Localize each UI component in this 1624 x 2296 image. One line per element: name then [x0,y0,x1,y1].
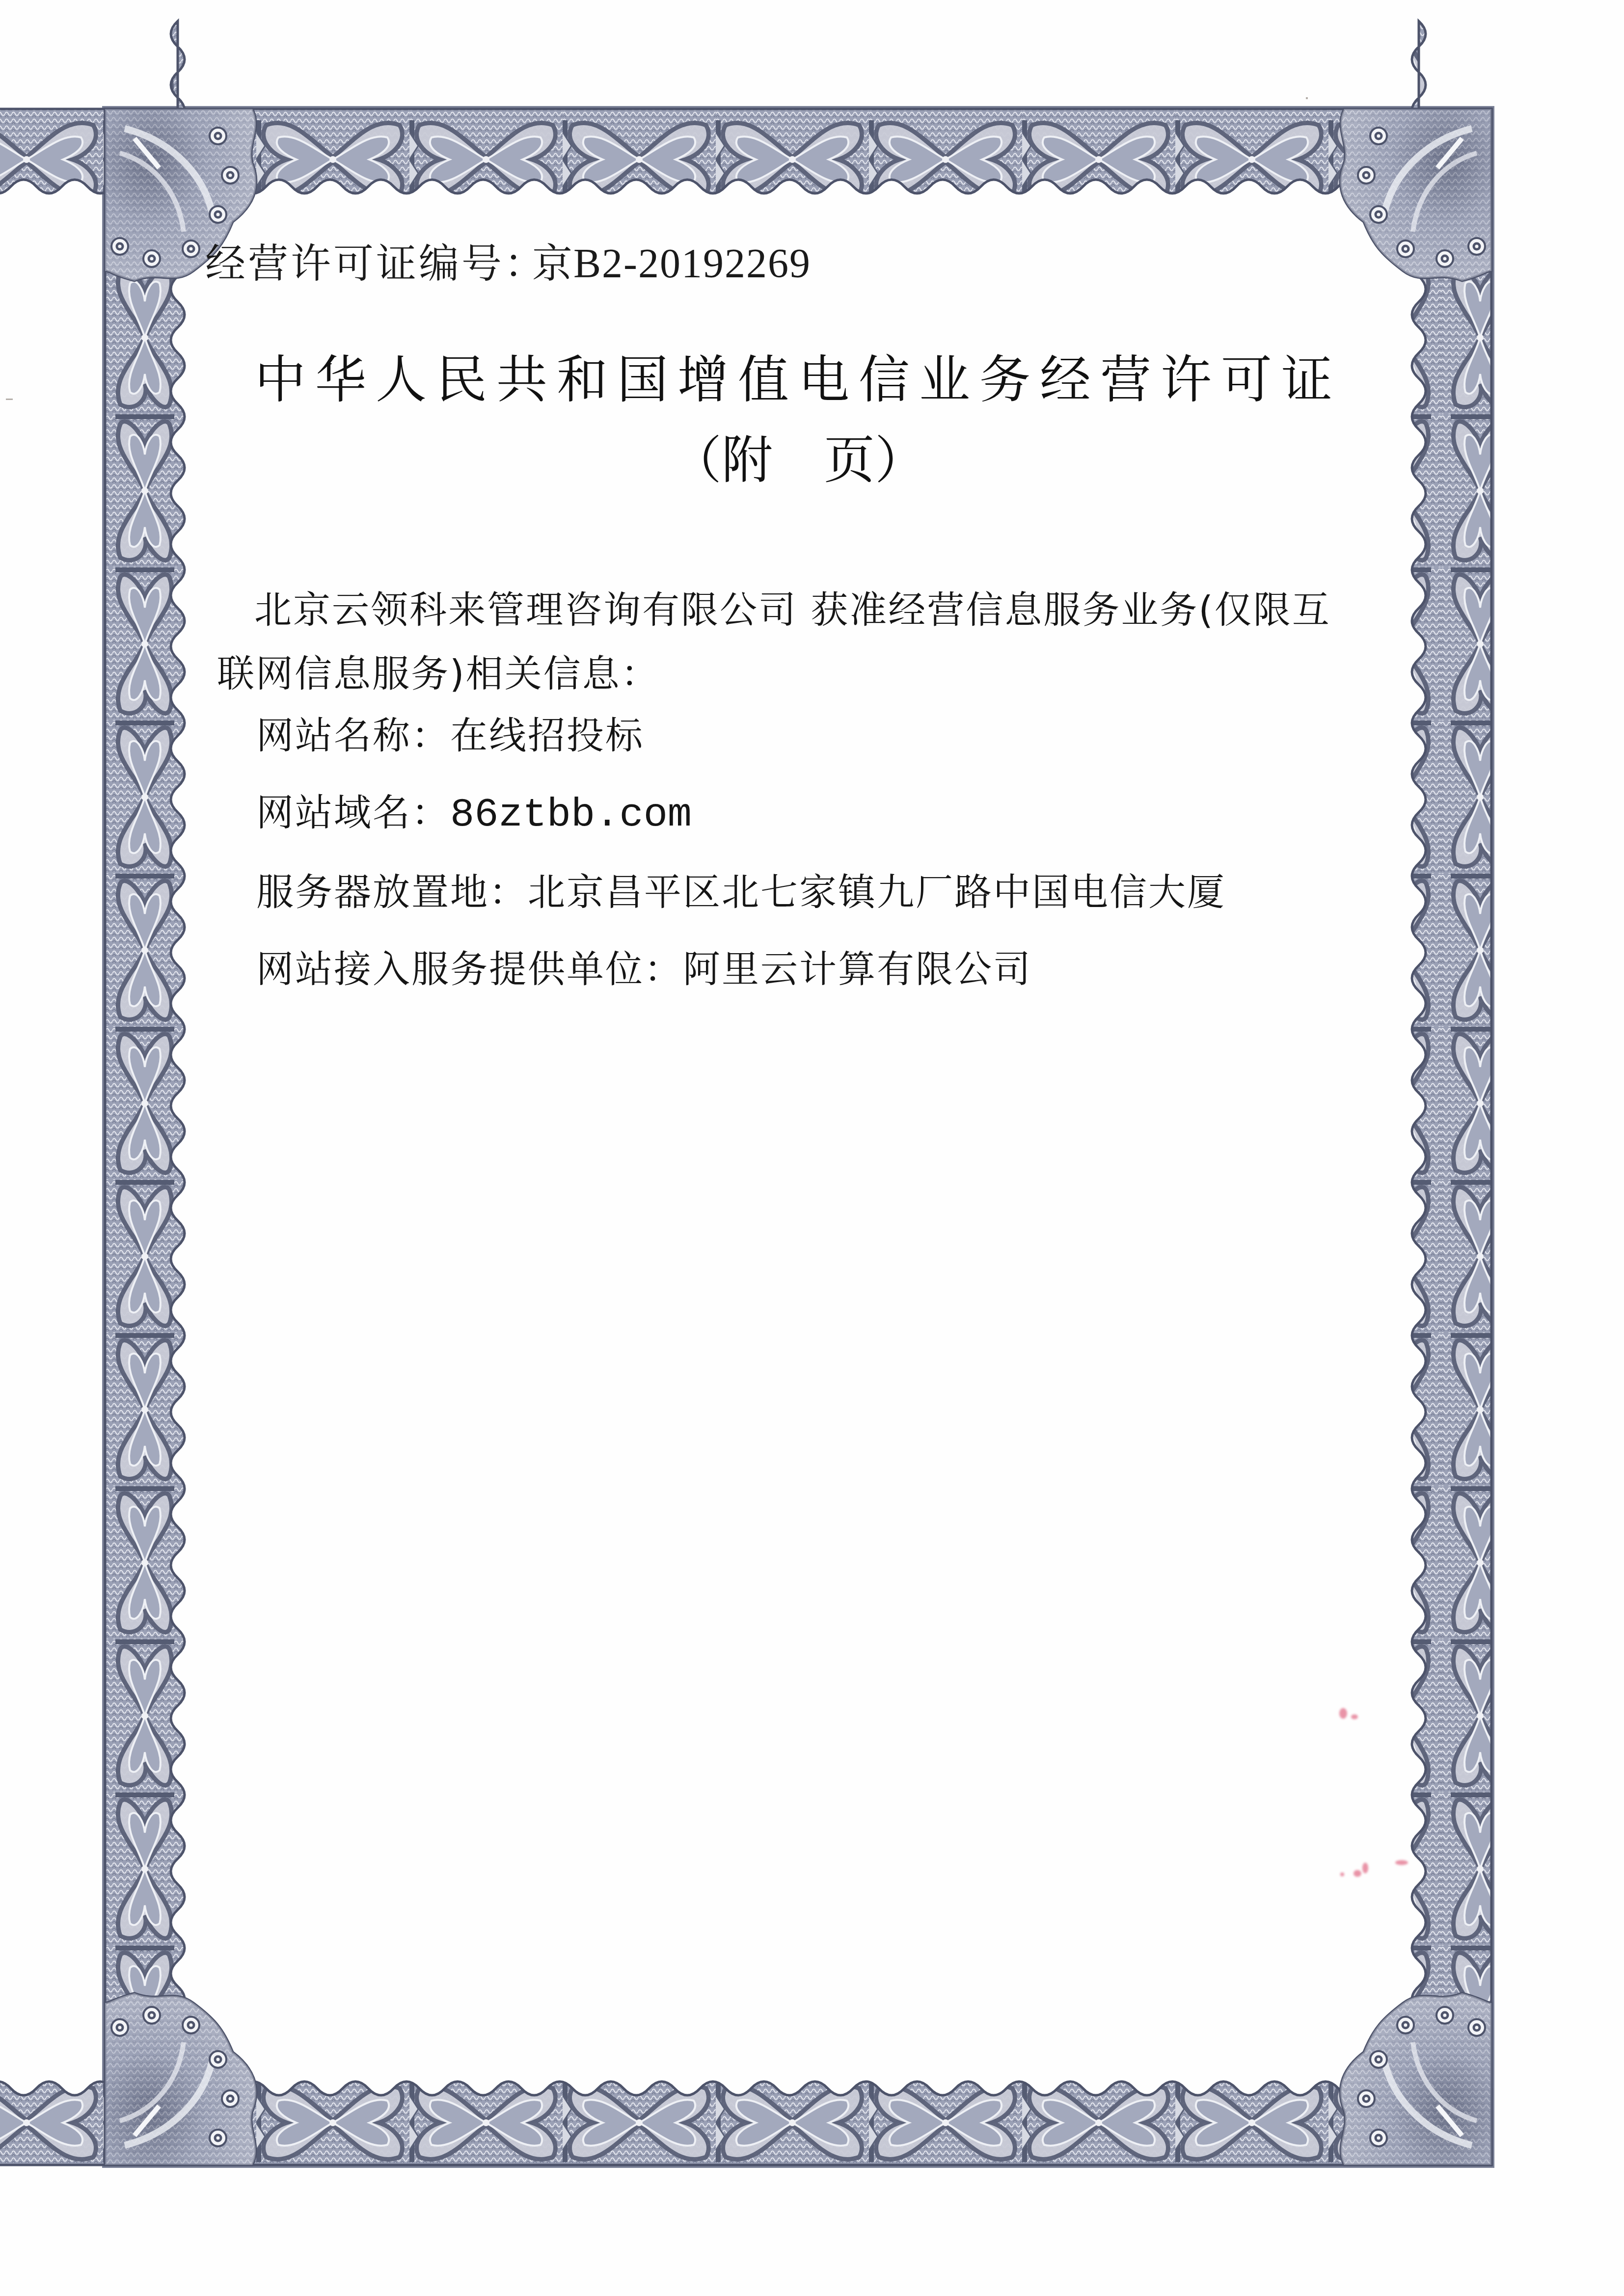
scan-mark [1306,97,1308,99]
document-subtitle: （附 页） [103,426,1493,495]
license-number-label: 经营许可证编号： [205,235,547,294]
license-number-province: 京 [532,240,573,287]
stamp-remnant [1395,1860,1408,1865]
stamp-remnant [1353,1870,1361,1877]
detail-server-location: 服务器放置地：北京昌平区北七家镇九厂路中国电信大厦 [256,854,1226,931]
detail-website-domain: 网站域名：86ztbb.com [256,774,1226,854]
detail-access-provider: 网站接入服务提供单位：阿里云计算有限公司 [256,931,1226,1008]
guilloche-border [0,0,1624,2296]
detail-value: 阿里云计算有限公司 [683,947,1032,991]
detail-value: 在线招投标 [450,714,644,757]
corner-ornament-top-right [1340,109,1491,281]
license-number-value: 京B2-20192269 [532,235,811,294]
detail-label: 网站接入服务提供单位： [256,947,683,991]
document-title: 中华人民共和国增值电信业务经营许可证 [103,346,1493,414]
intro-paragraph: 北京云领科来管理咨询有限公司 获准经营信息服务业务(仅限互联网信息服务)相关信息… [217,578,1356,706]
stamp-remnant [1362,1863,1368,1873]
license-number: 经营许可证编号：京B2-20192269 [205,235,811,294]
detail-list: 网站名称：在线招投标 网站域名：86ztbb.com 服务器放置地：北京昌平区北… [256,697,1226,1008]
detail-label: 网站名称： [256,714,450,757]
detail-label: 网站域名： [256,791,450,834]
scan-mark [6,399,13,400]
corner-ornament-bottom-left [105,1993,256,2165]
stamp-remnant [1351,1714,1358,1719]
detail-value: 北京昌平区北七家镇九厂路中国电信大厦 [528,870,1226,914]
detail-value: 86ztbb.com [450,792,692,838]
stamp-remnant [1339,1708,1347,1719]
license-number-code: B2-20192269 [573,241,811,287]
body-section: 北京云领科来管理咨询有限公司 获准经营信息服务业务(仅限互联网信息服务)相关信息… [217,578,1356,706]
detail-website-name: 网站名称：在线招投标 [256,697,1226,774]
corner-ornament-bottom-right [1340,1993,1491,2165]
stamp-remnant [1340,1872,1344,1876]
detail-label: 服务器放置地： [256,870,528,914]
